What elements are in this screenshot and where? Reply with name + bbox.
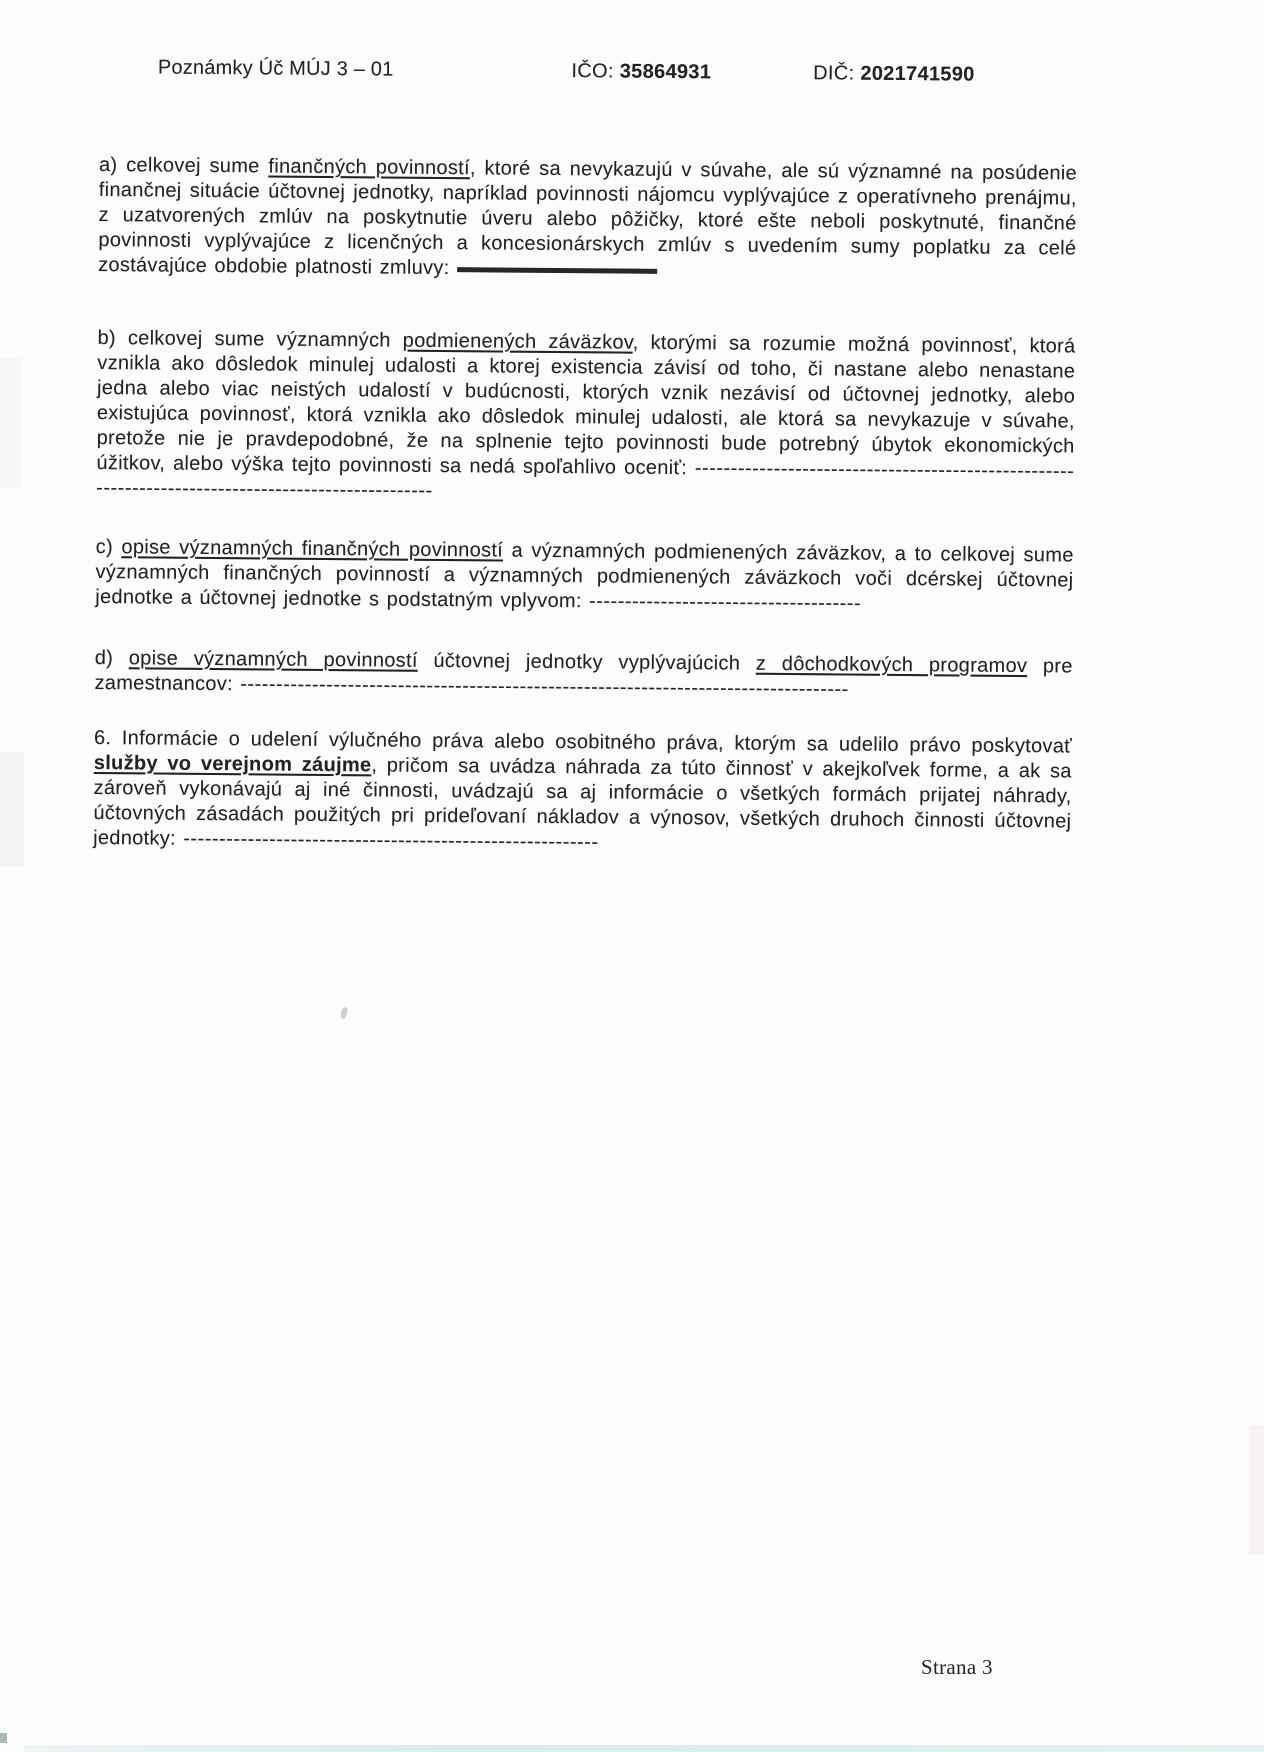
filler-dashes-6: ----------------------------------------… [183, 828, 598, 854]
scan-edge-blotch [0, 752, 24, 867]
document-body: a) celkovej sume finančných povinností, … [93, 153, 1077, 860]
filler-dashes-d: ----------------------------------------… [240, 673, 849, 700]
paragraph-6: 6. Informácie o udelení výlučného práva … [93, 726, 1072, 860]
paragraph-d-underlined-term: opise významných povinností [129, 647, 418, 672]
paragraph-a: a) celkovej sume finančných povinností, … [98, 153, 1077, 287]
paragraph-a-lead: a) celkovej sume [99, 154, 269, 177]
paragraph-d-underlined-term-2: z dôchodkových programov [756, 653, 1028, 677]
page-content: Poznámky Úč MÚJ 3 – 01 IČO:35864931 DIČ:… [93, 56, 1078, 860]
scan-edge-smudge [1249, 1425, 1264, 1555]
paragraph-b-underlined-term: podmienených záväzkov [403, 330, 633, 354]
paragraph-b-text: , ktorými sa rozumie možná povinnosť, kt… [96, 332, 1075, 480]
dic-value: 2021741590 [860, 63, 974, 86]
paragraph-c: c) opise významných finančných povinnost… [95, 535, 1074, 619]
scan-speck [339, 1006, 348, 1019]
page-number: Strana 3 [921, 1655, 993, 1680]
filler-dashes-c: -------------------------------------- [589, 590, 861, 614]
paragraph-c-lead: c) [96, 536, 122, 558]
paragraph-b: b) celkovej sume významných podmienených… [96, 326, 1075, 510]
scan-bottom-strip [24, 1745, 1264, 1752]
dic-label: DIČ: [813, 62, 854, 84]
ico-field: IČO:35864931 [571, 60, 711, 84]
paragraph-b-lead: b) celkovej sume významných [97, 327, 402, 352]
ico-value: 35864931 [620, 61, 712, 84]
scan-corner-speck [0, 1733, 7, 1743]
paragraph-d: d) opise významných povinností účtovnej … [94, 646, 1072, 705]
paragraph-d-lead: d) [95, 647, 129, 669]
form-title: Poznámky Úč MÚJ 3 – 01 [158, 57, 394, 82]
paragraph-d-text: účtovnej jednotky vyplývajúcich [418, 650, 756, 675]
scanned-document-page: Poznámky Úč MÚJ 3 – 01 IČO:35864931 DIČ:… [0, 0, 1264, 1752]
ico-label: IČO: [571, 60, 614, 82]
paragraph-6-bold-underlined-term: služby vo verejnom záujme [94, 752, 372, 776]
form-header: Poznámky Úč MÚJ 3 – 01 IČO:35864931 DIČ:… [100, 56, 1078, 88]
scan-edge-blotch [0, 358, 22, 488]
paragraph-a-underlined-term: finančných povinností [268, 155, 470, 179]
filler-line-solid [457, 267, 657, 274]
paragraph-c-underlined-term: opise významných finančných povinností [121, 536, 503, 561]
dic-field: DIČ:2021741590 [813, 62, 975, 86]
